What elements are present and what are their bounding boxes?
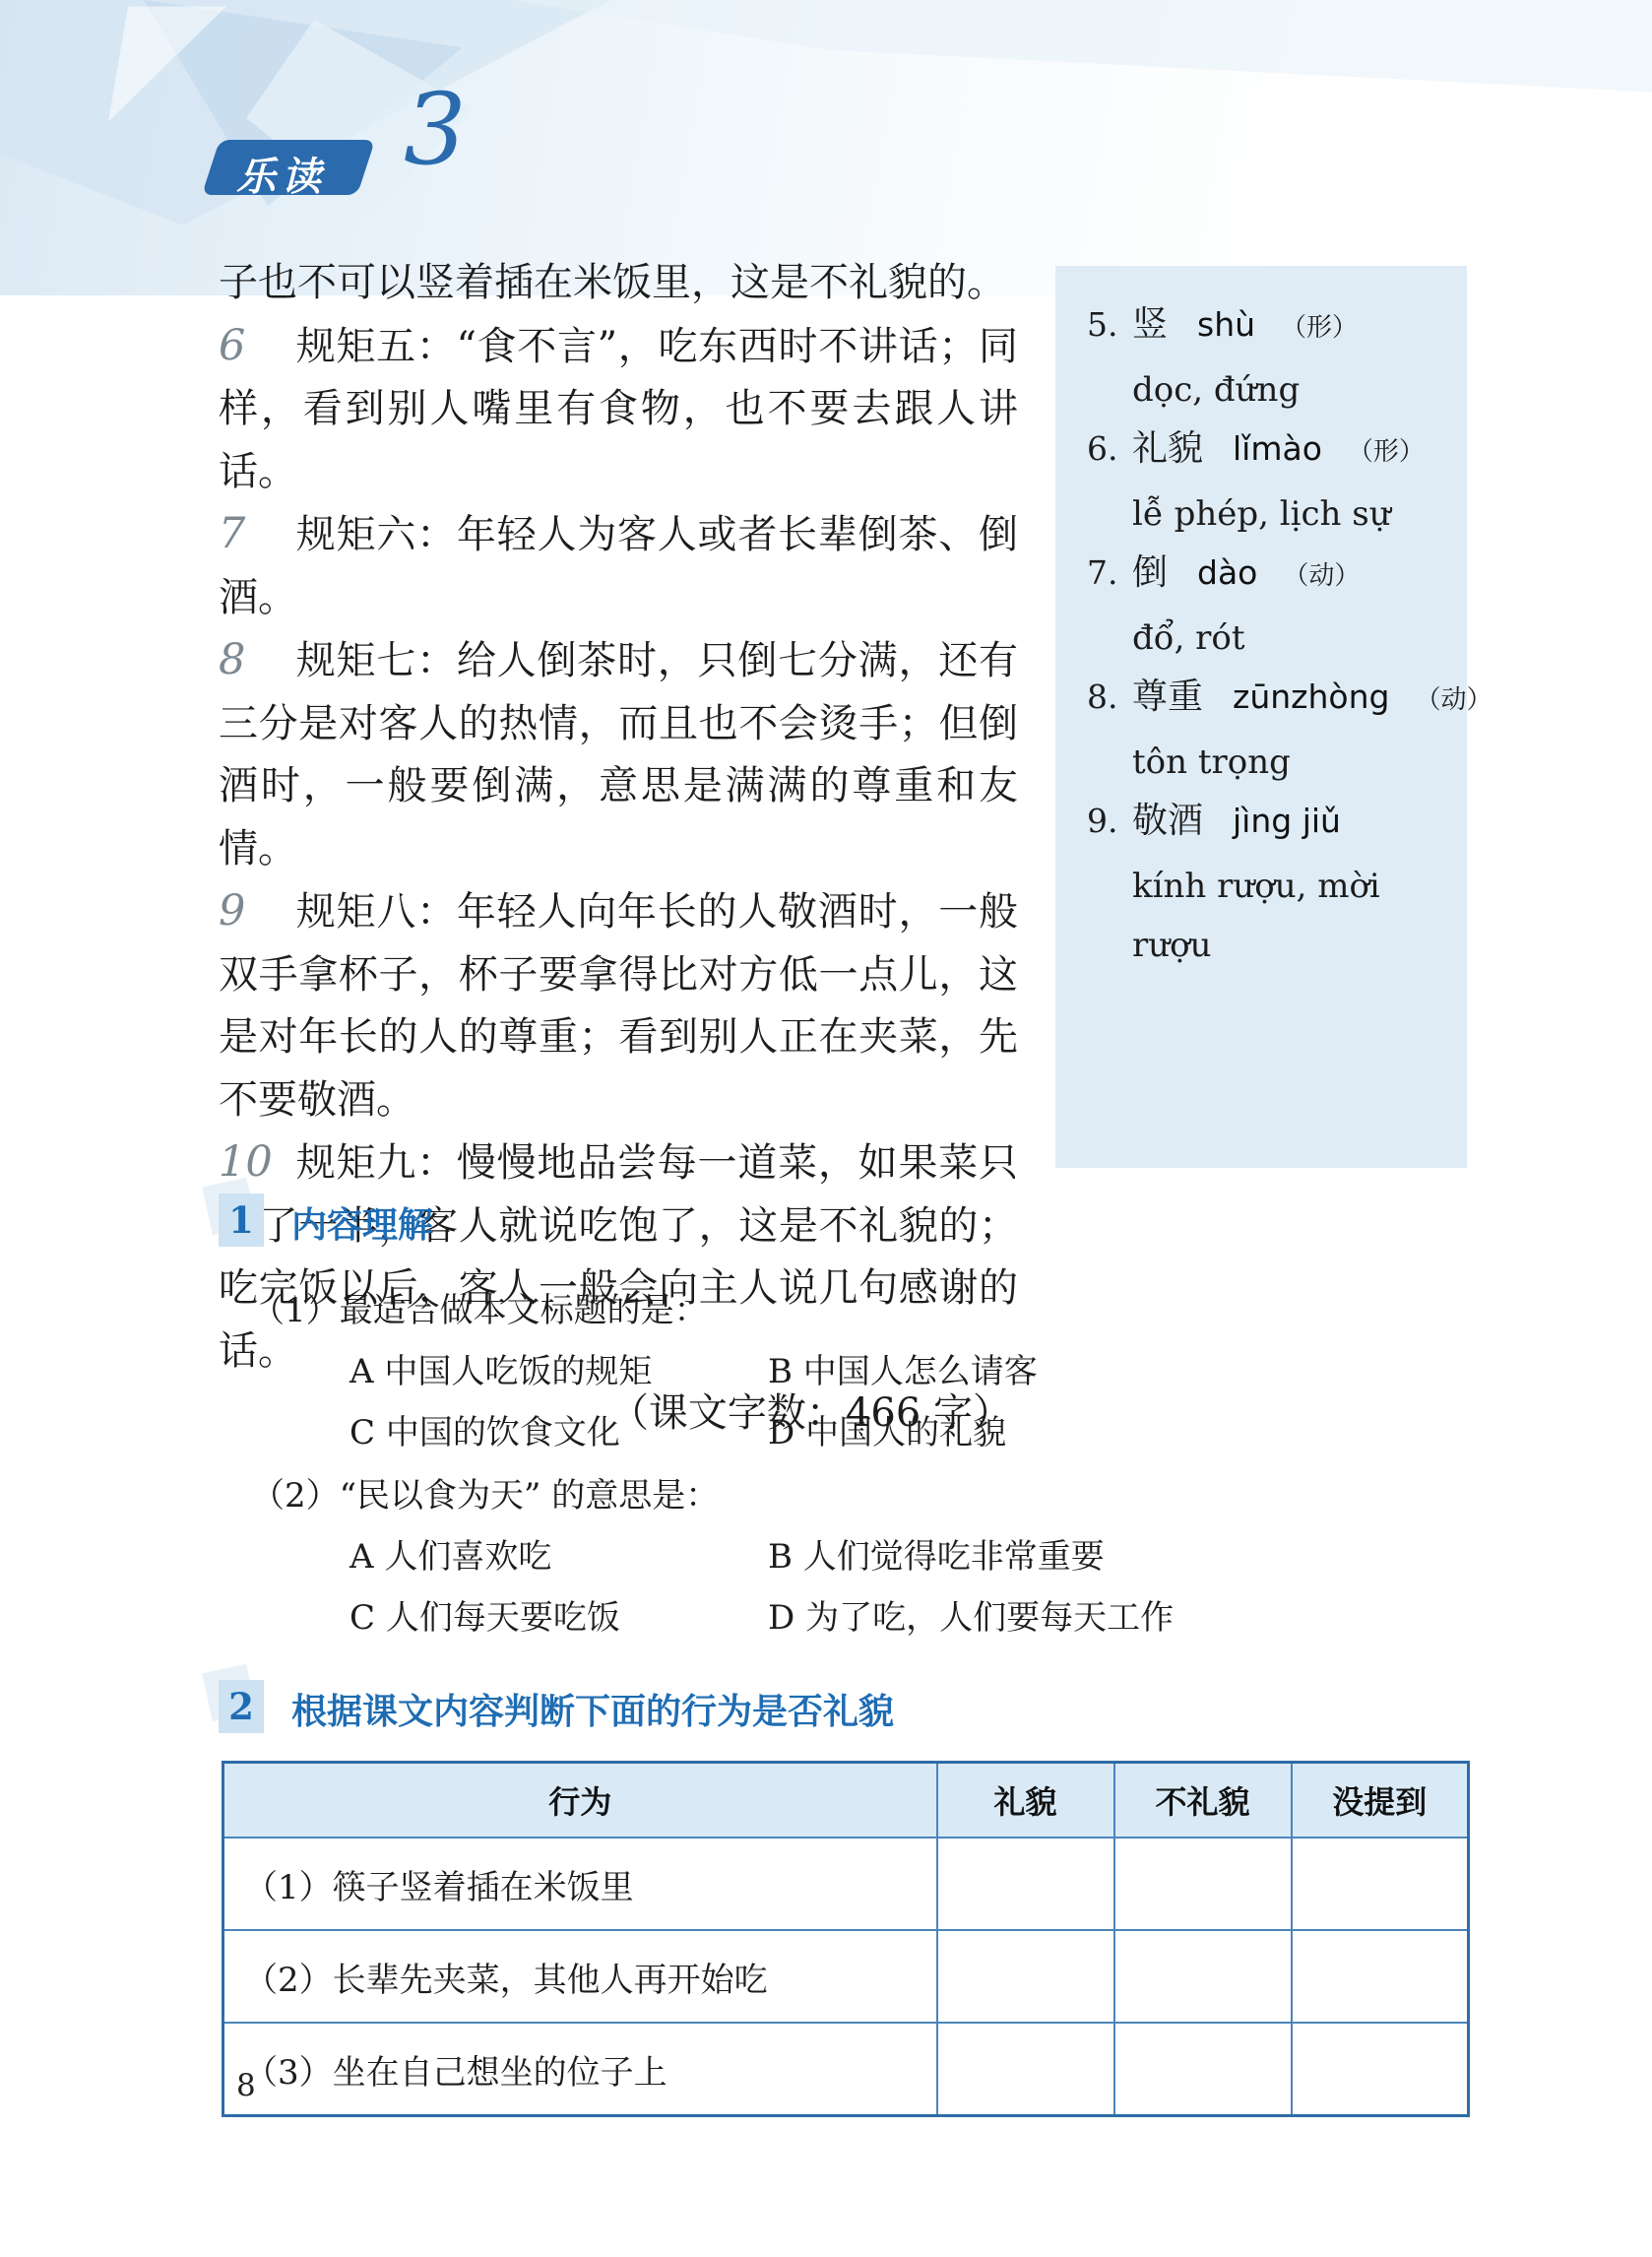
vocab-number: 9. bbox=[1087, 792, 1132, 851]
passage-paragraph: 6规矩五：“食不言”，吃东西时不讲话；同样，看到别人嘴里有食物，也不要去跟人讲话… bbox=[219, 315, 1018, 504]
vocab-pos: （形） bbox=[1281, 313, 1358, 343]
paragraph-text: 规矩六：年轻人为客人或者长辈倒茶、倒酒。 bbox=[219, 512, 1018, 620]
question-prompt: （2）“民以食为天” 的意思是： bbox=[251, 1465, 1472, 1526]
vocab-pinyin: shù bbox=[1197, 305, 1255, 344]
vocab-pinyin: zūnzhòng bbox=[1233, 677, 1389, 716]
vocab-translation: kính rượu, mời rượu bbox=[1132, 857, 1443, 975]
question-options: A 人们喜欢吃 B 人们觉得吃非常重要 C 人们每天要吃饭 D 为了吃，人们要每… bbox=[349, 1526, 1472, 1648]
question-options: A 中国人吃饭的规矩 B 中国人怎么请客 C 中国的饮食文化 D 中国人的礼貌 bbox=[349, 1341, 1472, 1463]
vocab-word: 礼貌 bbox=[1132, 428, 1203, 469]
vocab-pos: （动） bbox=[1415, 685, 1492, 715]
vocab-pinyin: dào bbox=[1197, 553, 1257, 592]
answer-cell bbox=[1114, 1930, 1292, 2023]
header-not-mentioned: 没提到 bbox=[1292, 1763, 1469, 1838]
section-2-title: 根据课文内容判断下面的行为是否礼貌 bbox=[291, 1684, 894, 1734]
behavior-text: （2）长辈先夹菜，其他人再开始吃 bbox=[223, 1930, 937, 2023]
paragraph-number: 7 bbox=[219, 503, 295, 566]
vocab-word: 尊重 bbox=[1132, 677, 1203, 717]
option-a: A 中国人吃饭的规矩 bbox=[349, 1341, 768, 1402]
vocab-entry: 8.尊重zūnzhòng（动） tôn trọng bbox=[1087, 668, 1443, 792]
answer-cell bbox=[1114, 2023, 1292, 2116]
header-impolite: 不礼貌 bbox=[1114, 1763, 1292, 1838]
passage-paragraph: 8规矩七：给人倒茶时，只倒七分满，还有三分是对客人的热情，而且也不会烫手；但倒酒… bbox=[219, 629, 1018, 880]
vocab-translation: lễ phép, lịch sự bbox=[1132, 484, 1443, 544]
paragraph-text: 子也不可以竖着插在米饭里，这是不礼貌的。 bbox=[219, 260, 1006, 305]
passage-paragraph: 7规矩六：年轻人为客人或者长辈倒茶、倒酒。 bbox=[219, 503, 1018, 629]
header-polite: 礼貌 bbox=[937, 1763, 1114, 1838]
question-prompt: （1）最适合做本文标题的是： bbox=[251, 1280, 1472, 1341]
answer-cell bbox=[1292, 1930, 1469, 2023]
vocab-translation: đổ, rót bbox=[1132, 609, 1443, 668]
vocab-entry: 9.敬酒jìng jiǔ kính rượu, mời rượu bbox=[1087, 792, 1443, 975]
paragraph-number: 8 bbox=[219, 629, 295, 692]
vocab-pinyin: lǐmào bbox=[1233, 429, 1322, 468]
option-c: C 中国的饮食文化 bbox=[349, 1402, 768, 1463]
section-1-badge: 1 bbox=[219, 1193, 270, 1249]
vocab-number: 5. bbox=[1087, 295, 1132, 355]
vocab-pos: （形） bbox=[1348, 437, 1425, 467]
vocab-entry: 5.竖shù（形） dọc, đứng bbox=[1087, 295, 1443, 419]
option-b: B 中国人怎么请客 bbox=[768, 1341, 1472, 1402]
vocab-number: 6. bbox=[1087, 419, 1132, 479]
logo-brand-text: 乐读 bbox=[236, 146, 394, 202]
logo-level-number: 3 bbox=[404, 81, 467, 179]
behavior-text: （3）坐在自己想坐的位子上 bbox=[223, 2023, 937, 2116]
page-number: 8 bbox=[236, 2068, 256, 2103]
section-1-title: 内容理解 bbox=[291, 1197, 433, 1248]
textbook-page: 乐读 3 子也不可以竖着插在米饭里，这是不礼貌的。 6规矩五：“食不言”，吃东西… bbox=[0, 0, 1652, 2257]
answer-cell bbox=[937, 2023, 1114, 2116]
option-c: C 人们每天要吃饭 bbox=[349, 1587, 768, 1648]
vocab-word: 竖 bbox=[1132, 304, 1168, 345]
vocabulary-sidebar: 5.竖shù（形） dọc, đứng 6.礼貌lǐmào（形） lễ phép… bbox=[1055, 266, 1467, 1168]
option-b: B 人们觉得吃非常重要 bbox=[768, 1526, 1472, 1587]
passage-paragraph: 子也不可以竖着插在米饭里，这是不礼貌的。 bbox=[219, 252, 1018, 315]
section-1-number: 1 bbox=[219, 1193, 264, 1247]
answer-cell bbox=[1292, 1838, 1469, 1930]
paragraph-text: 规矩七：给人倒茶时，只倒七分满，还有三分是对客人的热情，而且也不会烫手；但倒酒时… bbox=[219, 638, 1018, 871]
vocab-number: 7. bbox=[1087, 544, 1132, 603]
table-header-row: 行为 礼貌 不礼貌 没提到 bbox=[223, 1763, 1469, 1838]
vocab-entry: 7.倒dào（动） đổ, rót bbox=[1087, 544, 1443, 668]
paragraph-number: 6 bbox=[219, 315, 295, 378]
section-2-badge: 2 bbox=[219, 1680, 270, 1735]
behavior-table: 行为 礼貌 不礼貌 没提到 （1）筷子竖着插在米饭里 （2）长辈先夹菜，其他人再… bbox=[222, 1761, 1470, 2117]
behavior-text: （1）筷子竖着插在米饭里 bbox=[223, 1838, 937, 1930]
answer-cell bbox=[937, 1930, 1114, 2023]
answer-cell bbox=[937, 1838, 1114, 1930]
paragraph-number: 9 bbox=[219, 880, 295, 943]
option-d: D 为了吃，人们要每天工作 bbox=[768, 1587, 1472, 1648]
vocab-number: 8. bbox=[1087, 668, 1132, 727]
option-a: A 人们喜欢吃 bbox=[349, 1526, 768, 1587]
vocab-word: 敬酒 bbox=[1132, 801, 1203, 841]
comprehension-questions: （1）最适合做本文标题的是： A 中国人吃饭的规矩 B 中国人怎么请客 C 中国… bbox=[251, 1280, 1472, 1648]
paragraph-text: 规矩八：年轻人向年长的人敬酒时，一般双手拿杯子，杯子要拿得比对方低一点儿，这是对… bbox=[219, 889, 1018, 1123]
paragraph-text: 规矩五：“食不言”，吃东西时不讲话；同样，看到别人嘴里有食物，也不要去跟人讲话。 bbox=[219, 324, 1018, 494]
answer-cell bbox=[1114, 1838, 1292, 1930]
vocab-pos: （动） bbox=[1283, 561, 1360, 591]
reading-passage: 子也不可以竖着插在米饭里，这是不礼貌的。 6规矩五：“食不言”，吃东西时不讲话；… bbox=[219, 252, 1018, 1446]
answer-cell bbox=[1292, 2023, 1469, 2116]
table-row: （3）坐在自己想坐的位子上 bbox=[223, 2023, 1469, 2116]
vocab-translation: tôn trọng bbox=[1132, 733, 1443, 792]
section-2-number: 2 bbox=[219, 1680, 264, 1733]
vocab-translation: dọc, đứng bbox=[1132, 360, 1443, 419]
vocab-word: 倒 bbox=[1132, 552, 1168, 593]
header-behavior: 行为 bbox=[223, 1763, 937, 1838]
option-d: D 中国人的礼貌 bbox=[768, 1402, 1472, 1463]
table-row: （2）长辈先夹菜，其他人再开始吃 bbox=[223, 1930, 1469, 2023]
table-row: （1）筷子竖着插在米饭里 bbox=[223, 1838, 1469, 1930]
passage-paragraph: 9规矩八：年轻人向年长的人敬酒时，一般双手拿杯子，杯子要拿得比对方低一点儿，这是… bbox=[219, 880, 1018, 1131]
vocab-pinyin: jìng jiǔ bbox=[1233, 802, 1341, 840]
vocab-entry: 6.礼貌lǐmào（形） lễ phép, lịch sự bbox=[1087, 419, 1443, 544]
